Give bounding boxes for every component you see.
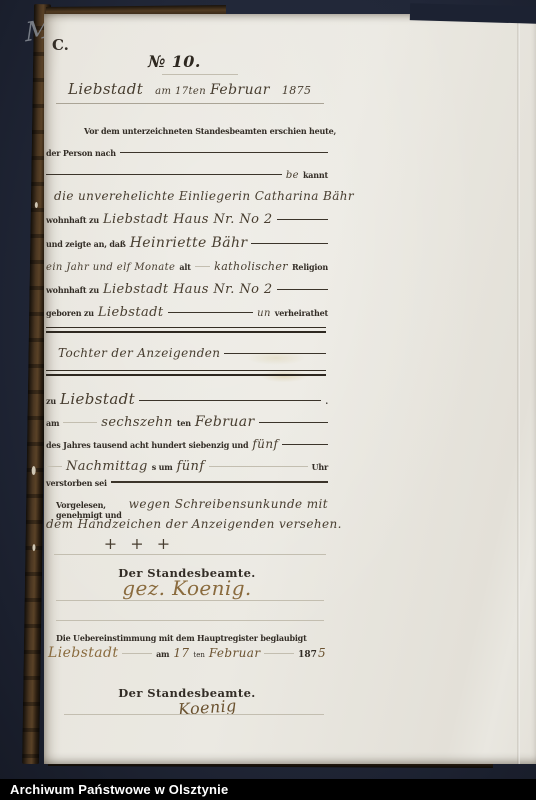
ruled-line [56, 620, 324, 621]
ruled-line [122, 653, 152, 654]
dateline-month: Februar [210, 82, 270, 98]
paper-fleck [32, 466, 36, 475]
age-religion-row: ein Jahr und elf Monate alt katholischer… [46, 260, 328, 273]
cert-place: Liebstadt [48, 645, 118, 661]
daytime-value: Nachmittag [66, 459, 148, 474]
ruled-line [162, 74, 238, 75]
cert-month: Februar [209, 646, 261, 660]
registrar-signature-row-1: gez. Koenig. [46, 576, 328, 600]
death-year-row: des Jahres tausend acht hundert siebenzi… [46, 437, 328, 451]
residence1-row: wohnhaft zu Liebstadt Haus Nr. No 2 [46, 212, 328, 227]
printed-zu: zu [46, 396, 56, 406]
form-intro-row: Vor dem unterzeichneten Standesbeamten e… [84, 126, 366, 136]
death-month-value: Februar [195, 414, 255, 430]
ruled-line [209, 466, 308, 467]
verstorben-row: verstorben sei [46, 478, 328, 488]
ruled-line [54, 554, 326, 555]
form-corner-letter-row: C. [52, 36, 92, 54]
religion-value: katholischer [214, 260, 288, 273]
archive-watermark-bar: Archiwum Państwowe w Olsztynie [0, 779, 536, 800]
record-number: № 10. [148, 52, 201, 71]
closing-row2: dem Handzeichen der Anzeigenden versehen… [46, 517, 328, 531]
birthplace-row: geboren zu Liebstadt un verheirathet [46, 305, 328, 320]
residence2-value: Liebstadt Haus Nr. No 2 [103, 282, 273, 297]
residence1-value: Liebstadt Haus Nr. No 2 [103, 212, 273, 227]
dateline-am-day: am 17ten [155, 86, 206, 97]
birthplace-value: Liebstadt [98, 305, 164, 320]
relation-value: Tochter der Anzeigenden [58, 346, 220, 360]
printed-religion: Religion [292, 262, 328, 272]
death-day-value: sechszehn [101, 415, 173, 430]
person-nach-row: der Person nach [46, 148, 328, 158]
cert-year-digit: 5 [318, 646, 326, 660]
ruled-line [46, 466, 62, 467]
section-rule [46, 374, 326, 376]
death-day-row: am sechszehn ten Februar [46, 414, 328, 430]
dateline-year: 1875 [282, 84, 312, 97]
ruled-line [56, 103, 324, 104]
entry-line [168, 312, 254, 313]
printed-wohnhaft-zu: wohnhaft zu [46, 215, 99, 225]
cert-day: 17 [173, 646, 189, 660]
printed-ten: ten [177, 418, 191, 428]
archive-name: Archiwum Państwowe w Olsztynie [10, 782, 228, 797]
residence2-row: wohnhaft zu Liebstadt Haus Nr. No 2 [46, 282, 328, 297]
register-page: C. № 10. Liebstadt am 17ten Februar 1875… [44, 14, 536, 764]
certification-dateline: Liebstadt am 17 ten Februar 187 5 [48, 645, 326, 661]
zeigte-an-row: und zeigte an, daß Heinriette Bähr [46, 235, 328, 251]
printed-person-nach: der Person nach [46, 148, 116, 158]
printed-year-text: des Jahres tausend acht hundert siebenzi… [46, 440, 248, 450]
printed-am: am [46, 418, 59, 428]
entry-line [224, 353, 326, 354]
death-place-row: zu Liebstadt . [46, 390, 328, 408]
handwritten-be: be [286, 170, 299, 181]
age-value: ein Jahr und elf Monate [46, 262, 175, 273]
certification-statement: Die Uebereinstimmung mit dem Hauptregist… [56, 633, 307, 643]
paper-fleck [32, 544, 35, 551]
ruled-line [195, 266, 210, 267]
handwritten-un: un [257, 308, 271, 319]
section-rule [46, 370, 326, 371]
registrar-signature: gez. Koenig. [122, 576, 251, 600]
entry-line [277, 289, 328, 290]
ruled-line [63, 422, 97, 423]
page-fold-crease [517, 14, 520, 764]
period-mark: . [325, 396, 328, 406]
entry-line [251, 243, 328, 244]
hour-value: fünf [177, 459, 205, 474]
record-number-row: № 10. [148, 52, 238, 71]
printed-cert-year: 187 [298, 650, 317, 660]
printed-alt: alt [179, 262, 190, 272]
printed-cert-am: am [156, 649, 169, 659]
entry-line [259, 422, 328, 423]
entry-line [139, 400, 321, 401]
ruled-line [264, 653, 294, 654]
declarant-row: die unverehelichte Einliegerin Catharina… [54, 189, 336, 203]
printed-verstorben-sei: verstorben sei [46, 478, 107, 488]
header-dateline: Liebstadt am 17ten Februar 1875 [68, 80, 318, 98]
closing-line1: wegen Schreibensunkunde mit [129, 497, 328, 511]
ruled-line [64, 714, 324, 715]
certification-statement-row: Die Uebereinstimmung mit dem Hauptregist… [56, 633, 326, 643]
dateline-place: Liebstadt [68, 80, 143, 98]
entry-line [282, 444, 328, 445]
bekannt-row: be kannt [46, 170, 328, 181]
paper-fleck [35, 202, 38, 208]
death-place-value: Liebstadt [60, 390, 135, 408]
year-value: fünf [252, 437, 278, 451]
entry-line [120, 152, 328, 153]
handzeichen-crosses: + + + [104, 534, 174, 553]
corner-letter: C. [52, 36, 69, 54]
ruled-line [56, 600, 324, 601]
printed-intro: Vor dem unterzeichneten Standesbeamten e… [84, 126, 336, 136]
page-top-right-shadow [410, 3, 536, 24]
death-time-row: Nachmittag s um fünf Uhr [46, 459, 328, 474]
printed-uhr: Uhr [312, 462, 328, 472]
closing-line2: dem Handzeichen der Anzeigenden versehen… [46, 517, 342, 531]
printed-geboren-zu: geboren zu [46, 308, 94, 318]
section-rule [46, 331, 326, 333]
entry-line [111, 481, 328, 483]
printed-s-um: s um [152, 462, 173, 472]
printed-cert-ten: ten [193, 651, 204, 659]
deceased-name: Heinriette Bähr [130, 235, 248, 251]
entry-line [46, 174, 282, 175]
printed-verheirathet: verheirathet [275, 308, 328, 318]
printed-zeigte-an: und zeigte an, daß [46, 239, 126, 249]
crosses-row: + + + [84, 534, 194, 553]
section-rule [46, 327, 326, 328]
printed-kannt: kannt [303, 170, 328, 180]
declarant-name: die unverehelichte Einliegerin Catharina… [54, 189, 354, 203]
printed-wohnhaft-zu: wohnhaft zu [46, 285, 99, 295]
registrar-signature: Koenig [177, 696, 237, 719]
entry-line [277, 219, 328, 220]
relation-row: Tochter der Anzeigenden [58, 346, 326, 360]
